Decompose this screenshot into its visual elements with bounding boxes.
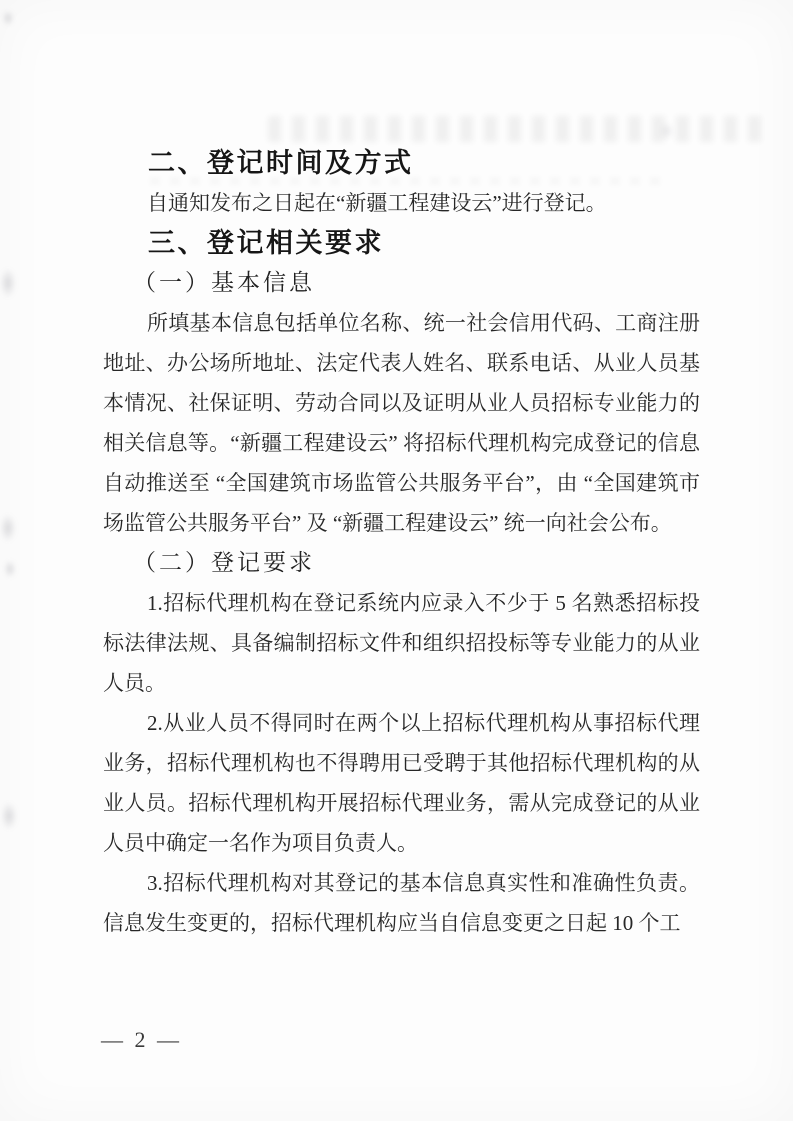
paragraph-requirement-1: 1.招标代理机构在登记系统内应录入不少于 5 名熟悉招标投标法律法规、具备编制招… [103, 583, 700, 703]
paragraph-requirement-3: 3.招标代理机构对其登记的基本信息真实性和准确性负责。信息发生变更的，招标代理机… [103, 863, 700, 943]
subheading-basic-information: （一）基本信息 [103, 263, 700, 303]
page-number: — 2 — [101, 1026, 182, 1054]
paragraph-basic-information: 所填基本信息包括单位名称、统一社会信用代码、工商注册地址、办公场所地址、法定代表… [103, 303, 700, 543]
heading-registration-requirements: 三、登记相关要求 [103, 223, 700, 263]
scan-smudge [4, 560, 16, 578]
subheading-registration-requirements: （二）登记要求 [103, 543, 700, 583]
ink-bleed-band [268, 116, 764, 142]
heading-registration-time-method: 二、登记时间及方式 [103, 143, 700, 183]
scan-smudge [1, 802, 17, 830]
paragraph-requirement-2: 2.从业人员不得同时在两个以上招标代理机构从事招标代理业务，招标代理机构也不得聘… [103, 703, 700, 863]
scan-smudge [0, 514, 16, 542]
paragraph-registration-time-method: 自通知发布之日起在“新疆工程建设云”进行登记。 [103, 183, 700, 223]
scan-smudge [2, 10, 14, 26]
scan-smudge [660, 122, 674, 140]
scanned-document-page: 二、登记时间及方式 自通知发布之日起在“新疆工程建设云”进行登记。 三、登记相关… [0, 0, 793, 1121]
document-content: 二、登记时间及方式 自通知发布之日起在“新疆工程建设云”进行登记。 三、登记相关… [103, 143, 700, 943]
scan-smudge [0, 268, 16, 298]
